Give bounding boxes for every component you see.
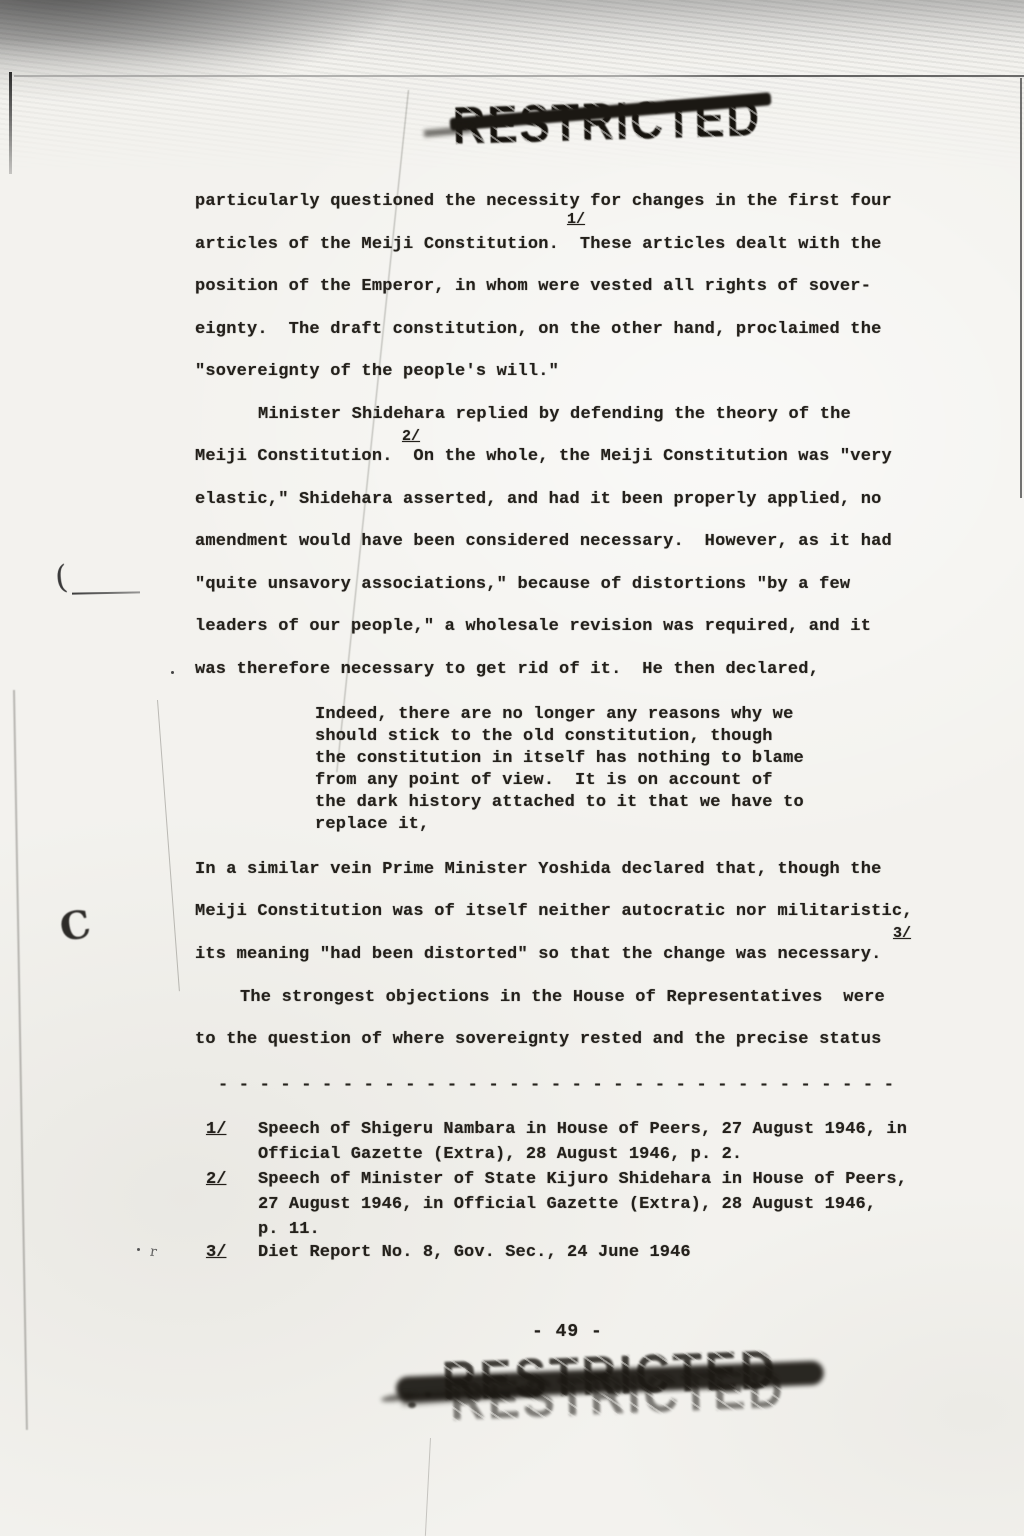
footnote-ref-2: 2/: [402, 428, 420, 445]
stray-dot: [137, 1248, 140, 1251]
footnote-line: 27 August 1946, in Official Gazette (Ext…: [258, 1195, 876, 1215]
page-number: - 49 -: [532, 1322, 603, 1342]
scan-edge-line-right: [1020, 78, 1022, 498]
quote-line: the dark history attached to it that we …: [315, 793, 804, 813]
scan-tick-left: [9, 72, 12, 174]
quote-line: Indeed, there are no longer any reasons …: [315, 705, 793, 725]
body-line: Minister Shidehara replied by defending …: [258, 405, 851, 425]
dashed-separator: - - - - - - - - - - - - - - - - - - - - …: [218, 1076, 894, 1095]
crease-line-bottom: [425, 1438, 431, 1536]
margin-paren-line: [72, 591, 140, 594]
stamp-splatter: [425, 1392, 431, 1397]
footnote-line: p. 11.: [258, 1220, 320, 1240]
footnote-marker: 3/: [206, 1243, 226, 1262]
body-line: In a similar vein Prime Minister Yoshida…: [195, 860, 882, 880]
footnote-marker: 1/: [206, 1120, 226, 1139]
margin-crescent-mark: C: [56, 901, 94, 951]
stamp-splatter: [408, 1402, 416, 1408]
body-line: position of the Emperor, in whom were ve…: [195, 277, 871, 297]
footnote-marker: 2/: [206, 1170, 226, 1189]
footnote-line: Official Gazette (Extra), 28 August 1946…: [258, 1145, 742, 1165]
quote-line: the constitution in itself has nothing t…: [315, 749, 804, 769]
footnote-ref-3: 3/: [893, 925, 911, 942]
body-line: amendment would have been considered nec…: [195, 532, 892, 552]
body-line: The strongest objections in the House of…: [240, 988, 885, 1008]
quote-line: should stick to the old constitution, th…: [315, 727, 773, 747]
body-line: eignty. The draft constitution, on the o…: [195, 320, 882, 340]
footnote-line: Diet Report No. 8, Gov. Sec., 24 June 19…: [258, 1243, 691, 1263]
scanned-document-page: RESTRICTED particularly questioned the n…: [0, 0, 1024, 1536]
body-line: leaders of our people," a wholesale revi…: [195, 617, 871, 637]
body-line: particularly questioned the necessity fo…: [195, 192, 892, 212]
footnote-ref-1: 1/: [567, 211, 585, 228]
quote-line: replace it,: [315, 815, 429, 835]
quote-line: from any point of view. It is on account…: [315, 771, 773, 791]
body-line: Meiji Constitution was of itself neither…: [195, 902, 913, 922]
body-line: Meiji Constitution. On the whole, the Me…: [195, 447, 892, 467]
stray-dot: [171, 671, 174, 674]
body-line: "sovereignty of the people's will.": [195, 362, 559, 382]
body-line: to the question of where sovereignty res…: [195, 1030, 882, 1050]
body-line: its meaning "had been distorted" so that…: [195, 945, 882, 965]
footnote-line: Speech of Shigeru Nambara in House of Pe…: [258, 1120, 907, 1140]
margin-paren-mark: (: [53, 557, 69, 596]
body-line: elastic," Shidehara asserted, and had it…: [195, 490, 882, 510]
body-line: was therefore necessary to get rid of it…: [195, 660, 819, 680]
footnote-line: Speech of Minister of State Kijuro Shide…: [258, 1170, 907, 1190]
margin-pencil-mark: r: [149, 1244, 158, 1261]
scan-hairline-horizontal: [14, 75, 1024, 77]
scan-edge-line-left: [13, 690, 28, 1430]
body-line: "quite unsavory associations," because o…: [195, 575, 850, 595]
crease-line-left: [157, 700, 180, 991]
body-line: articles of the Meiji Constitution. Thes…: [195, 235, 882, 255]
